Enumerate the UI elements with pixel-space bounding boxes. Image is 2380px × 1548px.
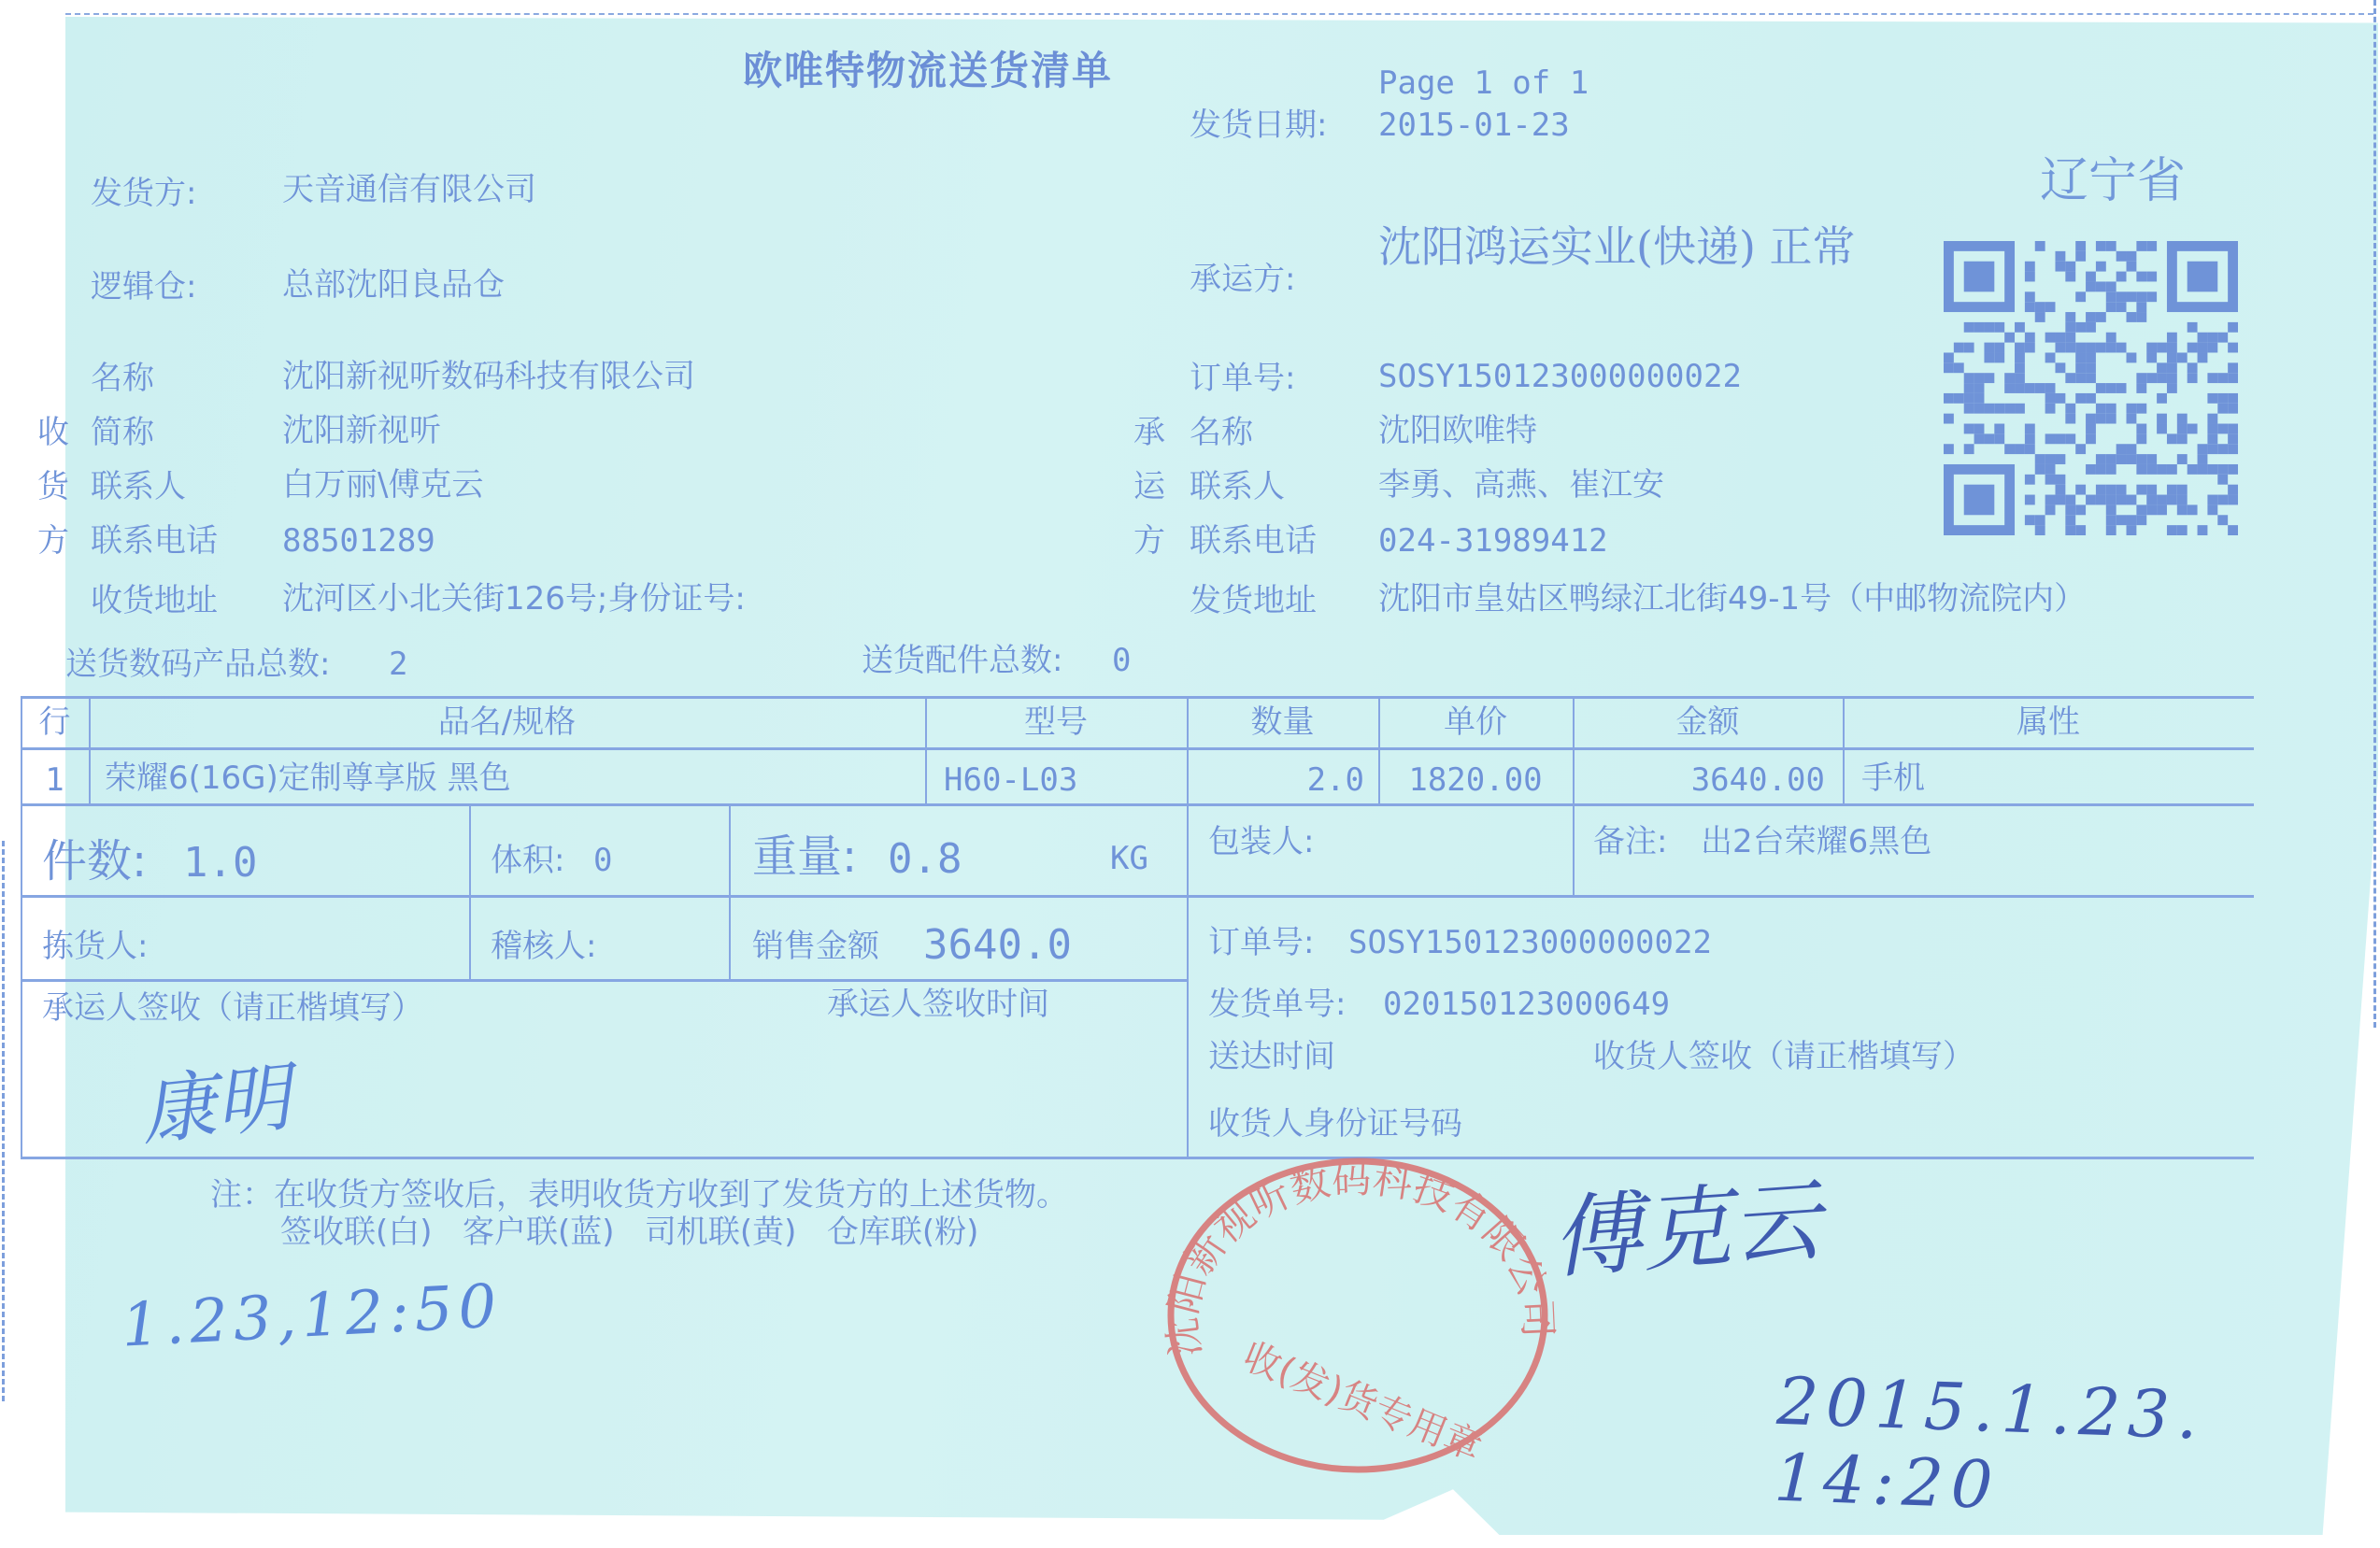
shipper-label: 发货方: <box>91 178 196 209</box>
table-row-rule <box>21 803 2254 806</box>
consignee-address: 沈河区小北关街126号;身份证号: <box>282 583 746 615</box>
delivery-no-label: 发货单号: <box>1208 988 1346 1020</box>
consignee-contact: 白万丽\傅克云 <box>282 469 483 501</box>
company-seal-stamp: 沈阳新视听数码科技有限公司 收(发)货专用章 <box>1157 1147 1559 1484</box>
delivery-no-value: 020150123000649 <box>1383 988 1670 1020</box>
ship-date: 2015-01-23 <box>1378 109 1570 141</box>
carrier-side-char-2: 运 <box>1133 471 1165 503</box>
consignee-name-label: 名称 <box>91 362 154 394</box>
col-divider-pieces <box>469 803 471 979</box>
svg-text:沈阳新视听数码科技有限公司: 沈阳新视听数码科技有限公司 <box>1159 1156 1559 1359</box>
carrier-phone-label: 联系电话 <box>1190 525 1317 557</box>
table-header-rule <box>21 747 2254 750</box>
col-divider-volume <box>729 803 731 979</box>
cell-line: 1 <box>21 764 89 796</box>
carrier-sign-label: 承运人签收（请正楷填写） <box>42 992 423 1024</box>
consignee-phone: 88501289 <box>282 525 435 557</box>
order-top-label: 订单号: <box>1190 362 1295 394</box>
volume-value: 0 <box>593 845 612 876</box>
cell-model: H60-L03 <box>944 764 1077 796</box>
cell-name: 荣耀6(16G)定制尊享版 黑色 <box>105 762 511 794</box>
footer-note: 注：在收货方签收后，表明收货方收到了发货方的上述货物。 <box>210 1179 1068 1211</box>
document-title: 欧唯特物流送货清单 <box>743 51 1113 91</box>
carrier-contact-label: 联系人 <box>1190 471 1285 503</box>
header-line: 行 <box>21 706 89 738</box>
cell-qty: 2.0 <box>1187 764 1364 796</box>
header-qty: 数量 <box>1187 706 1378 738</box>
perforation-right <box>2373 0 2376 1028</box>
carrier-value: 沈阳鸿运实业(快递) 正常 <box>1378 217 1902 277</box>
accessory-total-label: 送货配件总数: <box>862 645 1062 676</box>
shipper-value: 天音通信有限公司 <box>282 174 536 206</box>
consignee-side-char-2: 货 <box>37 471 69 503</box>
header-name: 品名/规格 <box>89 706 925 738</box>
weight-unit: KG <box>1110 843 1148 874</box>
svg-text:收(发)货专用章: 收(发)货专用章 <box>1237 1335 1489 1470</box>
weight-label: 重量: <box>752 834 857 879</box>
consignee-name: 沈阳新视听数码科技有限公司 <box>282 361 695 392</box>
cell-attribute: 手机 <box>1861 762 1925 794</box>
receiver-signature-handwriting: 傅克云 <box>1547 1149 1825 1296</box>
checker-label: 稽核人: <box>491 930 596 962</box>
consignee-phone-label: 联系电话 <box>91 525 218 557</box>
carrier-side-char-3: 方 <box>1133 525 1165 557</box>
consignee-short-name: 沈阳新视听 <box>282 415 441 447</box>
consignee-contact-label: 联系人 <box>91 471 186 503</box>
warehouse-value: 总部沈阳良品仓 <box>282 269 505 301</box>
digital-total-value: 2 <box>389 648 407 680</box>
cell-amount: 3640.00 <box>1573 764 1825 796</box>
perforation-top <box>65 13 2373 15</box>
volume-label: 体积: <box>491 845 564 876</box>
receiver-sign-label: 收货人签收（请正楷填写） <box>1593 1041 1974 1072</box>
ship-date-label: 发货日期: <box>1190 109 1327 141</box>
remark-value: 出2台荣耀6黑色 <box>1701 826 1931 858</box>
carrier-label: 承运方: <box>1190 263 1295 295</box>
carrier-phone: 024-31989412 <box>1378 525 1608 557</box>
warehouse-label: 逻辑仓: <box>91 271 196 303</box>
packer-label: 包装人: <box>1208 826 1314 858</box>
order-no-label: 订单号: <box>1208 927 1314 959</box>
carrier-contact: 李勇、高燕、崔江安 <box>1378 469 1664 501</box>
header-unit-price: 单价 <box>1378 706 1573 738</box>
header-attribute: 属性 <box>1843 706 2254 738</box>
carrier-sign-time-label: 承运人签收时间 <box>827 988 1049 1020</box>
footer-copies: 签收联(白) 客户联(蓝) 司机联(黄) 仓库联(粉) <box>280 1216 978 1248</box>
consignee-short-label: 简称 <box>91 417 154 448</box>
pieces-value: 1.0 <box>183 843 257 884</box>
carrier-party-name: 沈阳欧唯特 <box>1378 415 1537 447</box>
header-model: 型号 <box>925 706 1187 738</box>
carrier-address: 沈阳市皇姑区鸭绿江北街49-1号（中邮物流院内） <box>1378 583 2086 615</box>
remark-divider <box>1573 803 1575 895</box>
qr-code-icon <box>1944 241 2238 535</box>
header-amount: 金额 <box>1573 706 1843 738</box>
picker-row-rule <box>21 979 1189 982</box>
accessory-total-value: 0 <box>1112 645 1131 676</box>
order-top-value: SOSY150123000000022 <box>1378 361 1742 392</box>
table-top-rule <box>21 696 2254 699</box>
consignee-side-char-1: 收 <box>37 417 69 448</box>
weight-value: 0.8 <box>888 839 962 880</box>
page-indicator: Page 1 of 1 <box>1378 67 1589 99</box>
picker-label: 拣货人: <box>42 930 148 962</box>
cell-unit-price: 1820.00 <box>1378 764 1573 796</box>
sales-amount-value: 3640.0 <box>923 925 1072 966</box>
sales-amount-label: 销售金额 <box>752 930 879 962</box>
digital-total-label: 送货数码产品总数: <box>65 648 330 680</box>
province-label: 辽宁省 <box>2040 157 2186 206</box>
consignee-address-label: 收货地址 <box>91 585 218 617</box>
carrier-address-label: 发货地址 <box>1190 585 1317 617</box>
consignee-side-char-3: 方 <box>37 525 69 557</box>
summary-row-rule <box>21 895 2254 898</box>
remark-label: 备注: <box>1593 826 1667 858</box>
carrier-signature-handwriting: 康明 <box>135 1037 294 1159</box>
table-bottom-rule <box>21 1157 2254 1159</box>
carrier-name-label: 名称 <box>1190 417 1253 448</box>
pieces-label: 件数: <box>42 839 147 884</box>
delivery-time-label: 送达时间 <box>1208 1041 1335 1072</box>
order-no-value: SOSY150123000000022 <box>1348 927 1712 959</box>
receive-datetime-handwriting: 2015.1.23. 14:20 <box>1773 1363 2380 1537</box>
perforation-left <box>2 841 5 1401</box>
carrier-side-char-1: 承 <box>1133 417 1165 448</box>
receiver-id-label: 收货人身份证号码 <box>1208 1108 1462 1140</box>
